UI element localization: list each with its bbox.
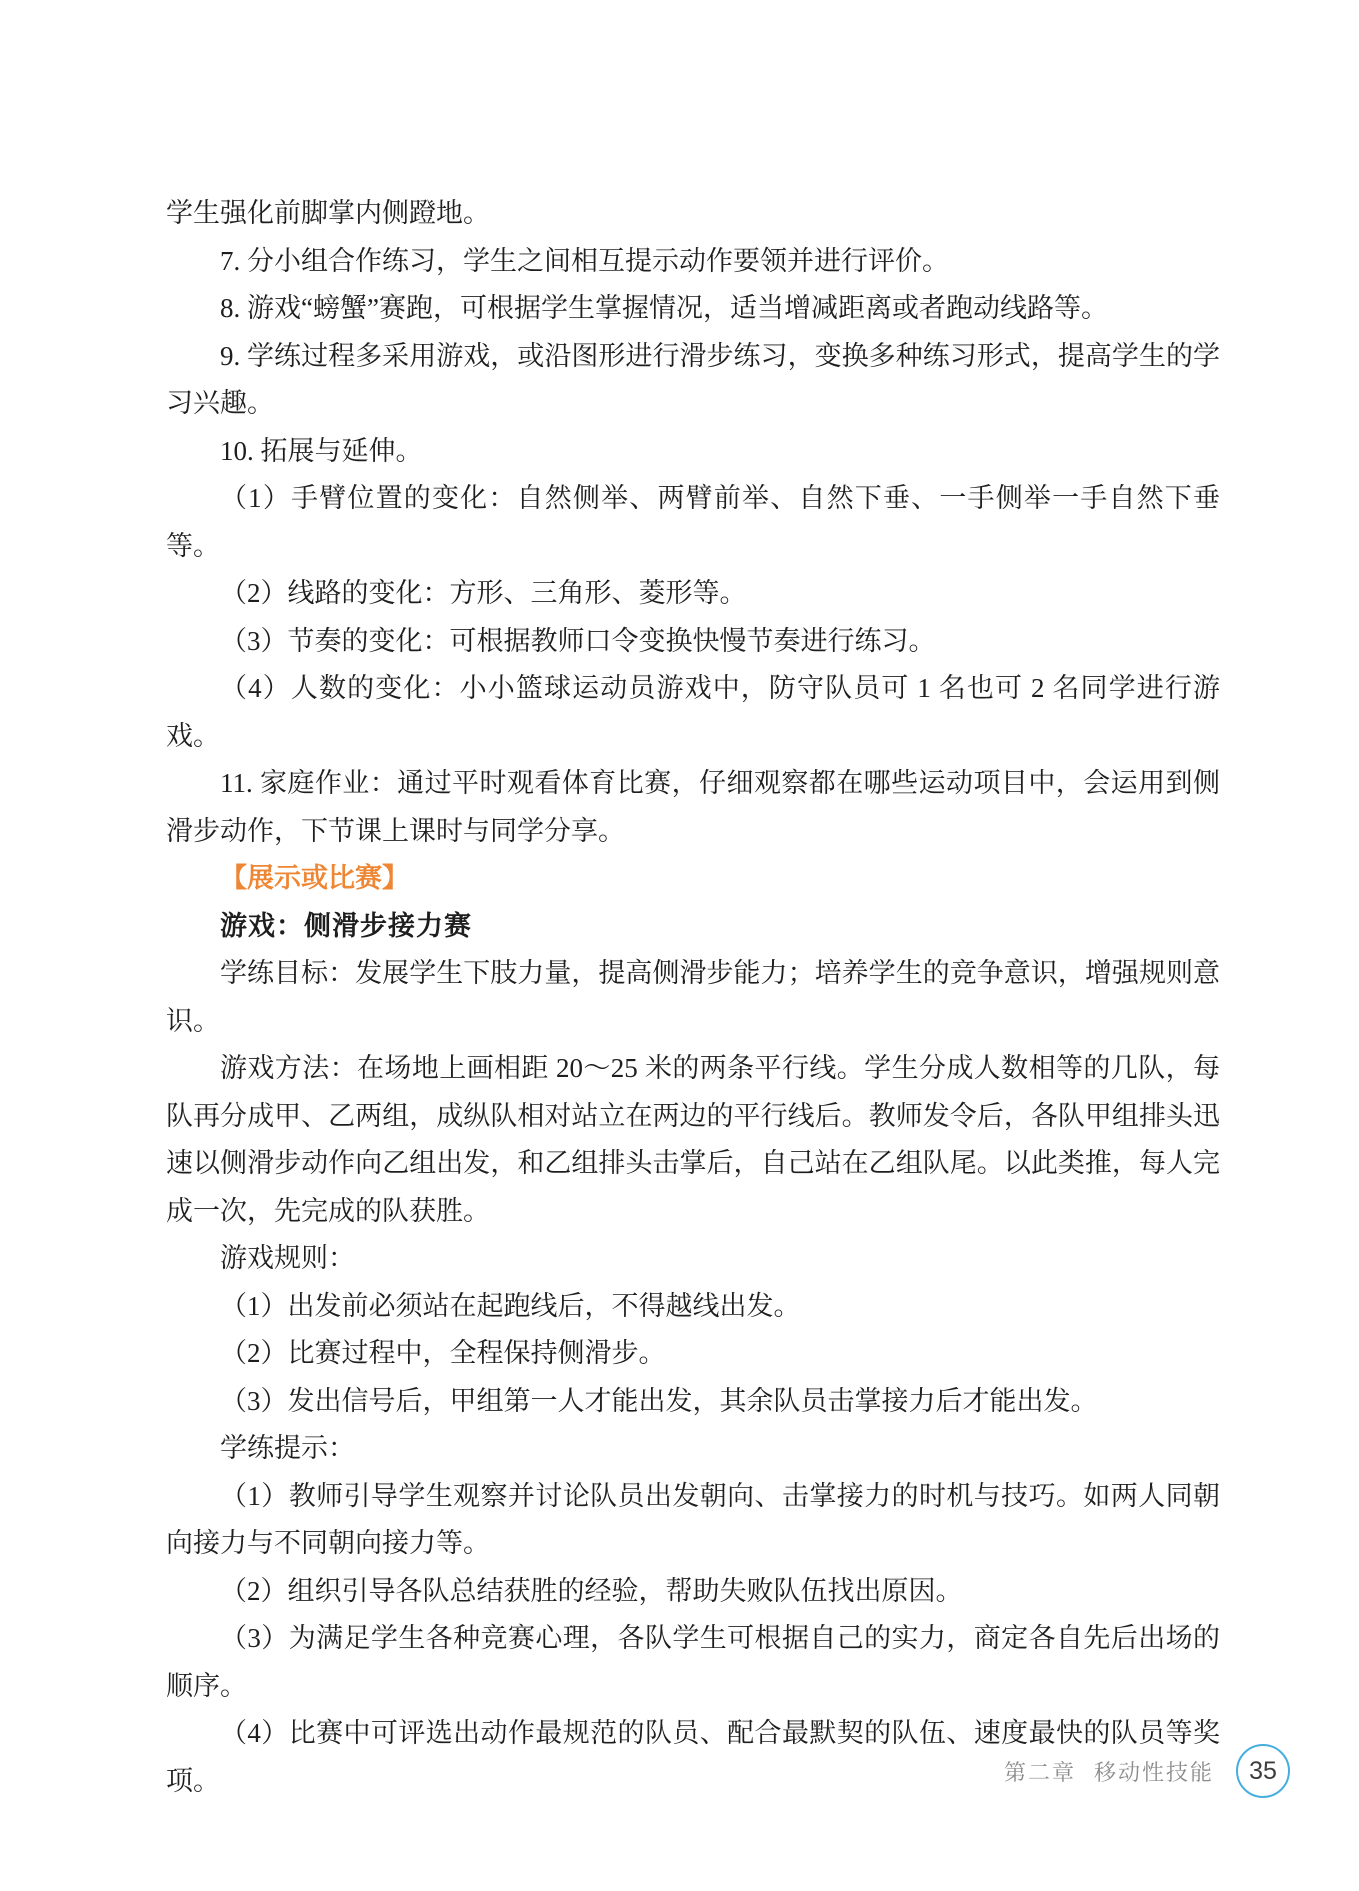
paragraph: （2）组织引导各队总结获胜的经验，帮助失败队伍找出原因。 — [166, 1568, 1220, 1616]
paragraph: （3）节奏的变化：可根据教师口令变换快慢节奏进行练习。 — [166, 618, 1220, 666]
page-number-badge: 35 — [1236, 1744, 1290, 1798]
paragraph: 7. 分小组合作练习，学生之间相互提示动作要领并进行评价。 — [166, 238, 1220, 286]
paragraph: 学练目标：发展学生下肢力量，提高侧滑步能力；培养学生的竞争意识，增强规则意识。 — [166, 950, 1220, 1045]
footer-chapter: 第二章 — [1004, 1756, 1076, 1787]
page-number: 35 — [1249, 1757, 1277, 1786]
paragraph: （3）为满足学生各种竞赛心理，各队学生可根据自己的实力，商定各自先后出场的顺序。 — [166, 1615, 1220, 1710]
paragraph: 学生强化前脚掌内侧蹬地。 — [166, 190, 1220, 238]
paragraph: （2）线路的变化：方形、三角形、菱形等。 — [166, 570, 1220, 618]
paragraph: 11. 家庭作业：通过平时观看体育比赛，仔细观察都在哪些运动项目中，会运用到侧滑… — [166, 760, 1220, 855]
paragraph: 9. 学练过程多采用游戏，或沿图形进行滑步练习，变换多种练习形式，提高学生的学习… — [166, 333, 1220, 428]
paragraph: （1）手臂位置的变化：自然侧举、两臂前举、自然下垂、一手侧举一手自然下垂等。 — [166, 475, 1220, 570]
paragraph: 8. 游戏“螃蟹”赛跑，可根据学生掌握情况，适当增减距离或者跑动线路等。 — [166, 285, 1220, 333]
paragraph: 游戏方法：在场地上画相距 20～25 米的两条平行线。学生分成人数相等的几队，每… — [166, 1045, 1220, 1235]
paragraph: （1）教师引导学生观察并讨论队员出发朝向、击掌接力的时机与技巧。如两人同朝向接力… — [166, 1473, 1220, 1568]
running-footer: 第二章 移动性技能 — [1004, 1756, 1214, 1787]
paragraph: （2）比赛过程中，全程保持侧滑步。 — [166, 1330, 1220, 1378]
paragraph: （3）发出信号后，甲组第一人才能出发，其余队员击掌接力后才能出发。 — [166, 1378, 1220, 1426]
paragraph: （1）出发前必须站在起跑线后，不得越线出发。 — [166, 1283, 1220, 1331]
footer-section: 移动性技能 — [1094, 1756, 1214, 1787]
paragraph: 游戏规则： — [166, 1235, 1220, 1283]
orange-heading: 【展示或比赛】 — [166, 855, 1220, 903]
document-body: 学生强化前脚掌内侧蹬地。7. 分小组合作练习，学生之间相互提示动作要领并进行评价… — [166, 190, 1220, 1805]
paragraph: 10. 拓展与延伸。 — [166, 428, 1220, 476]
paragraph: （4）人数的变化：小小篮球运动员游戏中，防守队员可 1 名也可 2 名同学进行游… — [166, 665, 1220, 760]
bold-heading: 游戏：侧滑步接力赛 — [166, 903, 1220, 951]
page-footer: 第二章 移动性技能 35 — [1004, 1742, 1290, 1800]
paragraph: 学练提示： — [166, 1425, 1220, 1473]
